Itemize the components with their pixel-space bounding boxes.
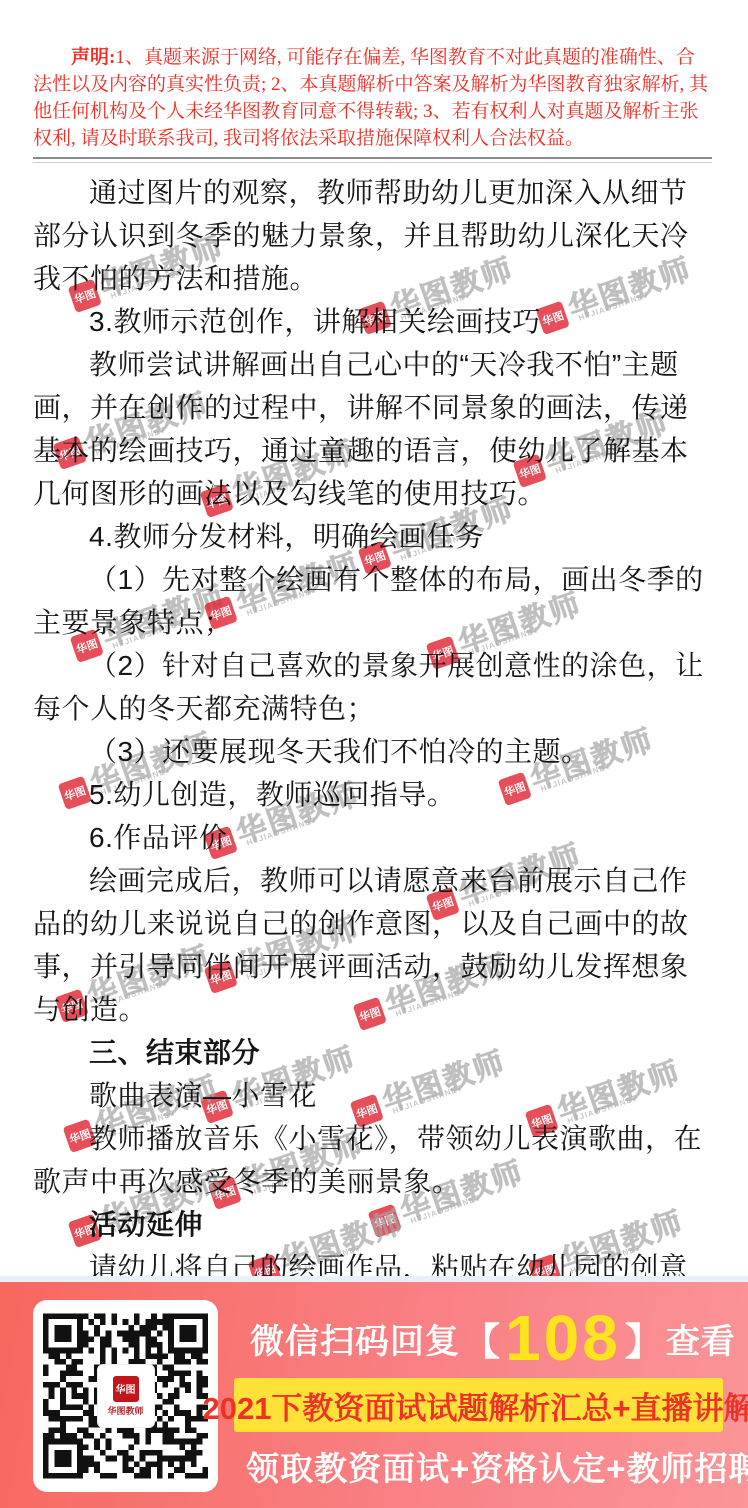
bracket-open: 【: [462, 1311, 501, 1366]
paragraph: 三、结束部分: [33, 1031, 712, 1074]
disclaimer: 声明:1、真题来源于网络, 可能存在偏差, 华图教育不对此真题的准确性、合法性以…: [33, 44, 712, 152]
disclaimer-text: 1、真题来源于网络, 可能存在偏差, 华图教育不对此真题的准确性、合法性以及内容…: [33, 47, 708, 149]
paragraph: 歌曲表演—小雪花: [33, 1074, 712, 1117]
qr-logo-label: 华图教师: [107, 1404, 143, 1417]
paragraph: （2）针对自己喜欢的景象开展创意性的涂色，让每个人的冬天都充满特色；: [33, 644, 712, 730]
separator-line: [33, 157, 712, 163]
paragraph: 绘画完成后，教师可以请愿意来台前展示自己作品的幼儿来说说自己的创作意图，以及自己…: [33, 859, 712, 1031]
footer-line1-prefix: 微信扫码回复: [250, 1314, 460, 1363]
footer-highlight: 2021下教资面试试题解析汇总+直播讲解: [234, 1378, 723, 1432]
paragraph: （3）还要展现冬天我们不怕冷的主题。: [33, 730, 712, 773]
footer-line1: 微信扫码回复 【 108 】 查看: [250, 1300, 736, 1376]
page: 华图华图教师HTJIAOSHI.NET华图华图教师HTJIAOSHI.NET华图…: [0, 0, 748, 1508]
paragraph: 4.教师分发材料，明确绘画任务: [33, 515, 712, 558]
qr-panel: 华图 华图教师: [33, 1300, 218, 1492]
bracket-close: 】: [625, 1311, 664, 1366]
disclaimer-label: 声明:: [71, 47, 115, 68]
reply-code: 108: [505, 1306, 621, 1370]
huatu-logo-icon: 华图: [113, 1376, 139, 1402]
paragraph: 教师播放音乐《小雪花》，带领幼儿表演歌曲，在歌声中再次感受冬季的美丽景象。: [33, 1117, 712, 1203]
paragraph: 通过图片的观察，教师帮助幼儿更加深入从细节部分认识到冬季的魅力景象，并且帮助幼儿…: [33, 171, 712, 300]
paragraph: 教师尝试讲解画出自己心中的“天冷我不怕”主题画，并在创作的过程中，讲解不同景象的…: [33, 343, 712, 515]
paragraph: 3.教师示范创作，讲解相关绘画技巧: [33, 300, 712, 343]
document-content: 声明:1、真题来源于网络, 可能存在偏差, 华图教育不对此真题的准确性、合法性以…: [0, 0, 748, 1332]
footer-banner[interactable]: 华图 华图教师 微信扫码回复 【 108 】 查看 2021下教资面试试题解析汇…: [0, 1282, 748, 1508]
paragraph: 活动延伸: [33, 1203, 712, 1246]
document-body: 通过图片的观察，教师帮助幼儿更加深入从细节部分认识到冬季的魅力景象，并且帮助幼儿…: [33, 171, 712, 1332]
paragraph: 5.幼儿创造，教师巡回指导。: [33, 773, 712, 816]
paragraph: （1）先对整个绘画有个整体的布局，画出冬季的主要景象特点；: [33, 558, 712, 644]
footer-line3: 领取教资面试+资格认定+教师招聘资料: [246, 1440, 748, 1492]
paragraph: 6.作品评价: [33, 816, 712, 859]
qr-center-logo: 华图 华图教师: [97, 1364, 155, 1428]
footer-line1-suffix: 查看: [666, 1314, 736, 1363]
